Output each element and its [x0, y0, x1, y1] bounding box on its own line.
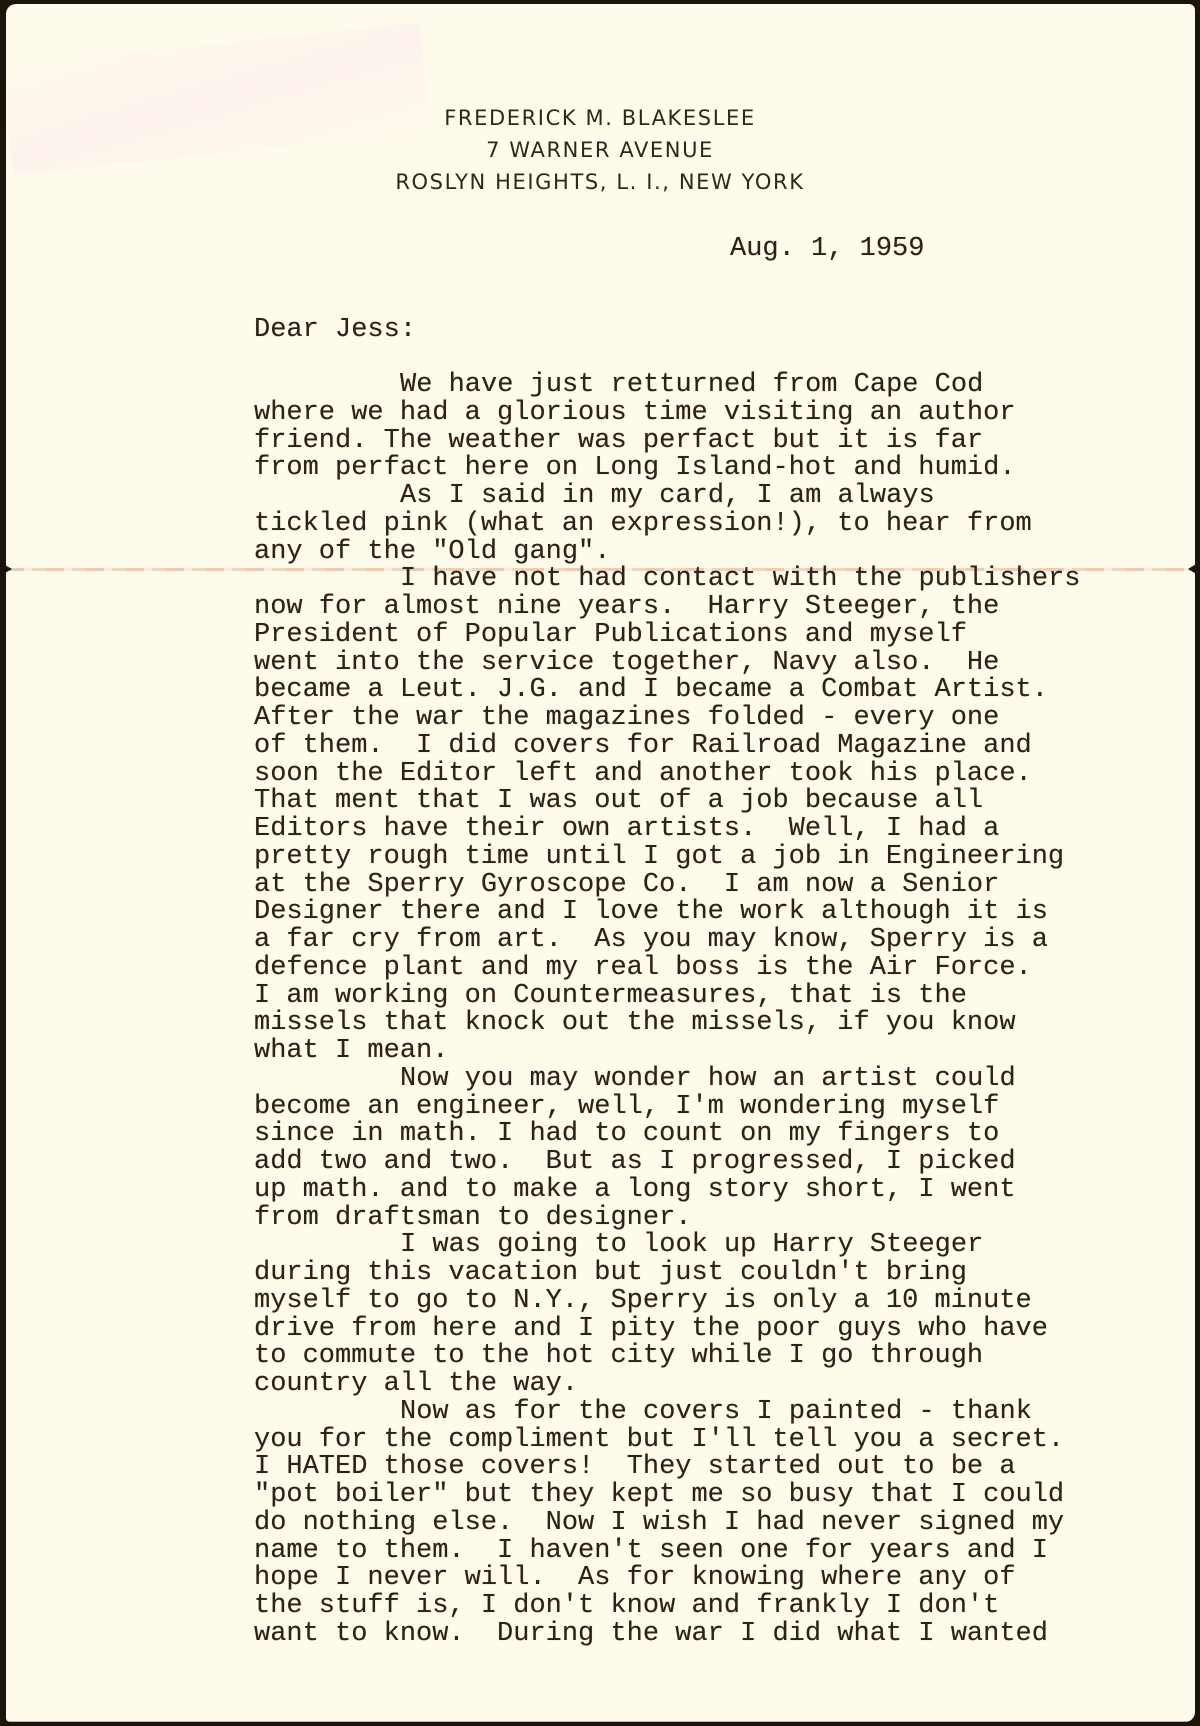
body-line: myself to go to N.Y., Sperry is only a 1…	[254, 1288, 1081, 1316]
letterhead-street: 7 WARNER AVENUE	[6, 134, 1195, 166]
body-line: Editors have their own artists. Well, I …	[254, 816, 1081, 844]
body-line: went into the service together, Navy als…	[254, 650, 1081, 678]
body-line: do nothing else. Now I wish I had never …	[254, 1510, 1081, 1538]
body-line: add two and two. But as I progressed, I …	[254, 1149, 1081, 1177]
body-line: of them. I did covers for Railroad Magaz…	[254, 733, 1081, 761]
letter-date: Aug. 1, 1959	[730, 236, 924, 264]
body-line: defence plant and my real boss is the Ai…	[254, 955, 1081, 983]
body-line: missels that knock out the missels, if y…	[254, 1010, 1081, 1038]
letter-page: FREDERICK M. BLAKESLEE 7 WARNER AVENUE R…	[6, 4, 1195, 1722]
body-line: I am working on Countermeasures, that is…	[254, 983, 1081, 1011]
body-line: Designer there and I love the work altho…	[254, 899, 1081, 927]
body-line: As I said in my card, I am always	[254, 483, 1081, 511]
body-line: "pot boiler" but they kept me so busy th…	[254, 1482, 1081, 1510]
body-line: hope I never will. As for knowing where …	[254, 1565, 1081, 1593]
body-line: name to them. I haven't seen one for yea…	[254, 1538, 1081, 1566]
fold-notch-right	[1188, 563, 1195, 575]
body-line: After the war the magazines folded - eve…	[254, 705, 1081, 733]
page-edge	[6, 1721, 1195, 1722]
body-line: to commute to the hot city while I go th…	[254, 1343, 1081, 1371]
letter-body: We have just retturned from Cape Codwher…	[254, 372, 1081, 1649]
body-line: became a Leut. J.G. and I became a Comba…	[254, 677, 1081, 705]
body-line: friend. The weather was perfact but it i…	[254, 428, 1081, 456]
body-line: now for almost nine years. Harry Steeger…	[254, 594, 1081, 622]
body-line: want to know. During the war I did what …	[254, 1621, 1081, 1649]
body-line: a far cry from art. As you may know, Spe…	[254, 927, 1081, 955]
body-line: become an engineer, well, I'm wondering …	[254, 1094, 1081, 1122]
body-line: during this vacation but just couldn't b…	[254, 1260, 1081, 1288]
body-line: tickled pink (what an expression!), to h…	[254, 511, 1081, 539]
salutation: Dear Jess:	[254, 317, 416, 345]
body-line: any of the "Old gang".	[254, 539, 1081, 567]
body-line: President of Popular Publications and my…	[254, 622, 1081, 650]
body-line: Now you may wonder how an artist could	[254, 1066, 1081, 1094]
fold-notch-left	[6, 564, 12, 574]
body-line: We have just retturned from Cape Cod	[254, 372, 1081, 400]
body-line: I was going to look up Harry Steeger	[254, 1232, 1081, 1260]
body-line: Now as for the covers I painted - thank	[254, 1399, 1081, 1427]
body-line: soon the Editor left and another took hi…	[254, 761, 1081, 789]
body-line: pretty rough time until I got a job in E…	[254, 844, 1081, 872]
body-line: at the Sperry Gyroscope Co. I am now a S…	[254, 872, 1081, 900]
body-line: up math. and to make a long story short,…	[254, 1177, 1081, 1205]
body-line: since in math. I had to count on my fing…	[254, 1121, 1081, 1149]
body-line: what I mean.	[254, 1038, 1081, 1066]
letterhead-city: ROSLYN HEIGHTS, L. I., NEW YORK	[6, 166, 1195, 198]
body-line: country all the way.	[254, 1371, 1081, 1399]
letterhead: FREDERICK M. BLAKESLEE 7 WARNER AVENUE R…	[6, 102, 1195, 198]
body-line: from perfact here on Long Island-hot and…	[254, 455, 1081, 483]
body-line: I HATED those covers! They started out t…	[254, 1454, 1081, 1482]
body-line: I have not had contact with the publishe…	[254, 566, 1081, 594]
body-line: the stuff is, I don't know and frankly I…	[254, 1593, 1081, 1621]
body-line: where we had a glorious time visiting an…	[254, 400, 1081, 428]
body-line: from draftsman to designer.	[254, 1205, 1081, 1233]
letterhead-name: FREDERICK M. BLAKESLEE	[6, 102, 1195, 134]
body-line: drive from here and I pity the poor guys…	[254, 1316, 1081, 1344]
body-line: That ment that I was out of a job becaus…	[254, 788, 1081, 816]
body-line: you for the compliment but I'll tell you…	[254, 1427, 1081, 1455]
